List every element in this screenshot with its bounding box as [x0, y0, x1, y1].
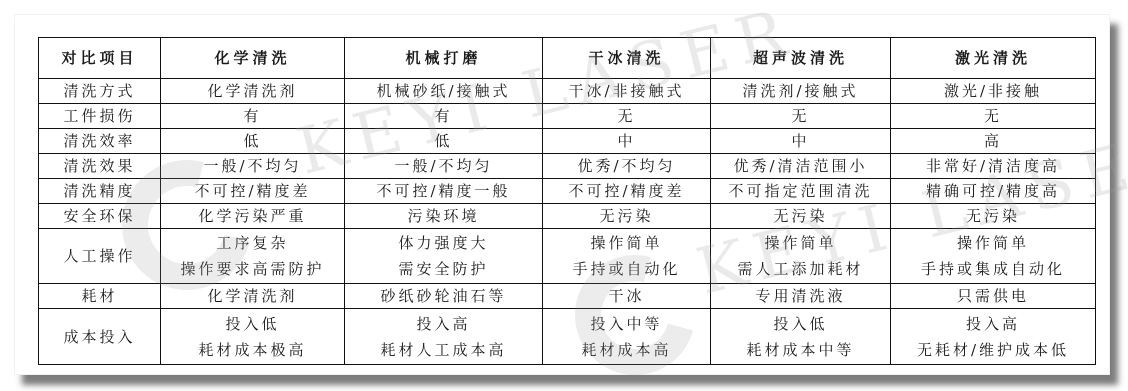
table-cell: 不可指定范围清洗 [711, 179, 891, 204]
header-laser-cleaning: 激光清洗 [891, 38, 1096, 79]
cell-line: 投入高 [345, 311, 542, 337]
table-cell: 操作简单 需人工添加耗材 [711, 229, 891, 284]
header-chemical-cleaning: 化学清洗 [161, 38, 345, 79]
table-cell: 体力强度大 需安全防护 [345, 229, 543, 284]
table-row: 清洗精度 不可控/精度差 不可控/精度一般 不可控/精度差 不可指定范围清洗 精… [39, 179, 1096, 204]
table-cell: 操作简单 手持或自动化 [543, 229, 711, 284]
table-cell: 优秀/清洁范围小 [711, 154, 891, 179]
table-cell: 一般/不均匀 [161, 154, 345, 179]
table-cell: 不可控/精度差 [543, 179, 711, 204]
table-cell: 污染环境 [345, 204, 543, 229]
table-cell: 激光/非接触 [891, 79, 1096, 104]
table-cell: 无污染 [543, 204, 711, 229]
table-cell: 一般/不均匀 [345, 154, 543, 179]
table-cell: 中 [711, 129, 891, 154]
table-cell: 精确可控/精度高 [891, 179, 1096, 204]
cell-line: 操作要求高需防护 [161, 256, 344, 282]
table-cell: 工序复杂 操作要求高需防护 [161, 229, 345, 284]
row-label: 成本投入 [39, 309, 161, 365]
header-ultrasonic-cleaning: 超声波清洗 [711, 38, 891, 79]
cell-line: 需安全防护 [345, 256, 542, 282]
table-cell: 化学清洗剂 [161, 284, 345, 309]
cleaning-methods-comparison-table: 对比项目 化学清洗 机械打磨 干冰清洗 超声波清洗 激光清洗 清洗方式 化学清洗… [38, 37, 1096, 365]
cell-line: 投入高 [891, 311, 1095, 337]
table-row: 耗材 化学清洗剂 砂纸砂轮油石等 干冰 专用清洗液 只需供电 [39, 284, 1096, 309]
row-label: 耗材 [39, 284, 161, 309]
table-cell: 有 [345, 104, 543, 129]
cell-line: 操作简单 [711, 230, 890, 256]
row-label: 清洗效率 [39, 129, 161, 154]
header-comparison-item: 对比项目 [39, 38, 161, 79]
table-cell: 中 [543, 129, 711, 154]
cell-line: 投入低 [711, 311, 890, 337]
table-cell: 操作简单 手持或集成自动化 [891, 229, 1096, 284]
table-cell: 投入低 耗材成本中等 [711, 309, 891, 365]
table-cell: 非常好/清洁度高 [891, 154, 1096, 179]
header-mechanical-grinding: 机械打磨 [345, 38, 543, 79]
cell-line: 耗材成本中等 [711, 337, 890, 363]
table-cell: 投入高 无耗材/维护成本低 [891, 309, 1096, 365]
cell-line: 耗材人工成本高 [345, 337, 542, 363]
table-cell: 无污染 [711, 204, 891, 229]
table-row: 工件损伤 有 有 无 无 无 [39, 104, 1096, 129]
cell-line: 无耗材/维护成本低 [891, 337, 1095, 363]
table-cell: 低 [161, 129, 345, 154]
table-cell: 投入中等 耗材成本高 [543, 309, 711, 365]
table-row: 清洗方式 化学清洗剂 机械砂纸/接触式 干冰/非接触式 清洗剂/接触式 激光/非… [39, 79, 1096, 104]
table-cell: 投入低 耗材成本极高 [161, 309, 345, 365]
table-cell: 有 [161, 104, 345, 129]
row-label: 工件损伤 [39, 104, 161, 129]
table-cell: 化学清洗剂 [161, 79, 345, 104]
cell-line: 耗材成本极高 [161, 337, 344, 363]
table-cell: 砂纸砂轮油石等 [345, 284, 543, 309]
row-label: 人工操作 [39, 229, 161, 284]
cell-line: 手持或集成自动化 [891, 256, 1095, 282]
table-cell: 不可控/精度一般 [345, 179, 543, 204]
header-dry-ice-cleaning: 干冰清洗 [543, 38, 711, 79]
table-cell: 只需供电 [891, 284, 1096, 309]
table-row: 成本投入 投入低 耗材成本极高 投入高 耗材人工成本高 投入中等 耗材成本高 投… [39, 309, 1096, 365]
table-row: 清洗效率 低 低 中 中 高 [39, 129, 1096, 154]
cell-line: 手持或自动化 [543, 256, 710, 282]
table-cell: 无 [711, 104, 891, 129]
table-cell: 专用清洗液 [711, 284, 891, 309]
cell-line: 耗材成本高 [543, 337, 710, 363]
cell-line: 工序复杂 [161, 230, 344, 256]
table-cell: 低 [345, 129, 543, 154]
table-row: 清洗效果 一般/不均匀 一般/不均匀 优秀/不均匀 优秀/清洁范围小 非常好/清… [39, 154, 1096, 179]
table-cell: 无污染 [891, 204, 1096, 229]
cell-line: 操作简单 [891, 230, 1095, 256]
cell-line: 需人工添加耗材 [711, 256, 890, 282]
table-cell: 化学污染严重 [161, 204, 345, 229]
table-cell: 无 [543, 104, 711, 129]
table-cell: 投入高 耗材人工成本高 [345, 309, 543, 365]
cell-line: 投入低 [161, 311, 344, 337]
table-cell: 机械砂纸/接触式 [345, 79, 543, 104]
cell-line: 操作简单 [543, 230, 710, 256]
table-row: 安全环保 化学污染严重 污染环境 无污染 无污染 无污染 [39, 204, 1096, 229]
table-cell: 无 [891, 104, 1096, 129]
row-label: 清洗精度 [39, 179, 161, 204]
cell-line: 投入中等 [543, 311, 710, 337]
row-label: 清洗方式 [39, 79, 161, 104]
table-cell: 高 [891, 129, 1096, 154]
table-cell: 优秀/不均匀 [543, 154, 711, 179]
cell-line: 体力强度大 [345, 230, 542, 256]
table-cell: 不可控/精度差 [161, 179, 345, 204]
table-row: 人工操作 工序复杂 操作要求高需防护 体力强度大 需安全防护 操作简单 手持或自… [39, 229, 1096, 284]
table-cell: 清洗剂/接触式 [711, 79, 891, 104]
row-label: 安全环保 [39, 204, 161, 229]
table-header-row: 对比项目 化学清洗 机械打磨 干冰清洗 超声波清洗 激光清洗 [39, 38, 1096, 79]
table-cell: 干冰/非接触式 [543, 79, 711, 104]
table-cell: 干冰 [543, 284, 711, 309]
row-label: 清洗效果 [39, 154, 161, 179]
